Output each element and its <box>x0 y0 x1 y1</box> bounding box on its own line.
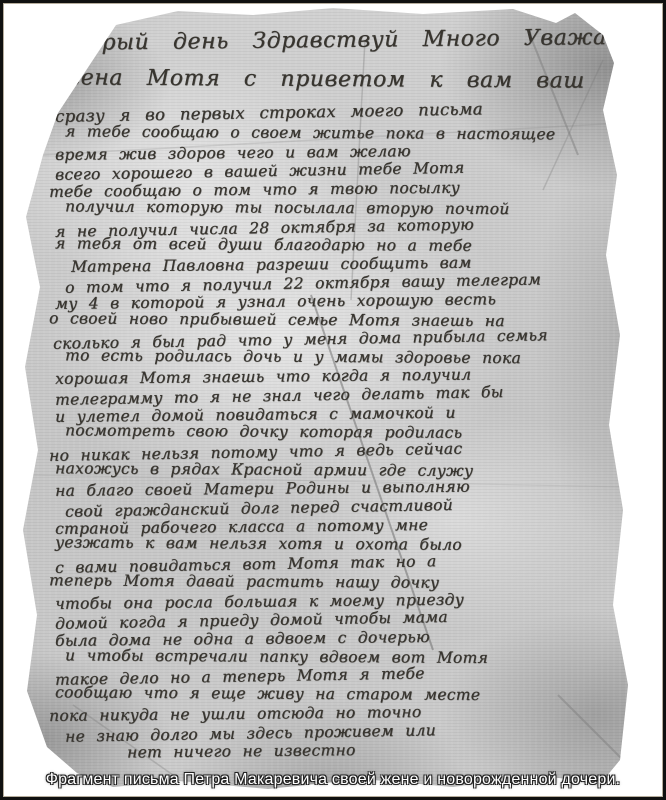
letter-photo: Добрый день Здравствуй Много Уважаемаяже… <box>3 3 663 797</box>
photo-caption: Фрагмент письма Петра Макаревича своей ж… <box>3 770 663 789</box>
framed-photo: Добрый день Здравствуй Много Уважаемаяже… <box>0 0 666 800</box>
handwriting-line: жена Мотя с приветом к вам ваш муж <box>55 58 607 100</box>
crumpled-paper: Добрый день Здравствуй Много Уважаемаяже… <box>13 5 645 793</box>
handwriting-line: нет ничего не известно <box>127 739 607 763</box>
handwriting-line: Добрый день Здравствуй Много Уважаемая <box>55 18 607 63</box>
handwriting-lines: Добрый день Здравствуй Много Уважаемаяже… <box>55 21 607 760</box>
